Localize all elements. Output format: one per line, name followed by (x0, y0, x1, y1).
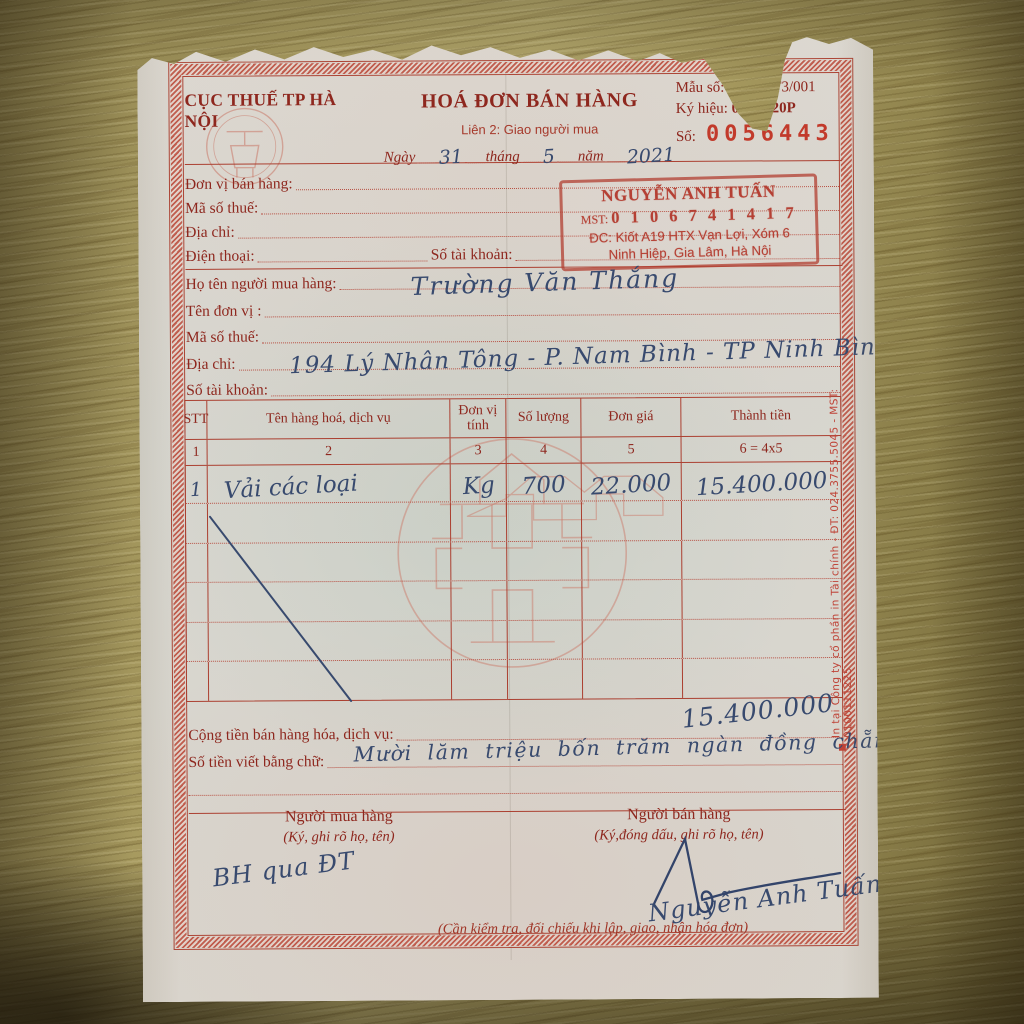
form-no-label: Mẫu số: (676, 80, 725, 96)
table-empty-row (186, 540, 841, 584)
item-unit: Kg (462, 472, 495, 500)
seller-signature-block: Người bán hàng (Ký,đóng dấu, ghi rõ họ, … (549, 805, 809, 845)
seller-tax-label: Mã số thuế: (185, 200, 258, 218)
number-label: Số: (676, 129, 696, 145)
colnum-1: 1 (186, 440, 208, 465)
item-total: 15.400.000 (695, 468, 828, 502)
buyer-unit-label: Tên đơn vị : (186, 302, 262, 320)
amount-words-label: Số tiền viết bằng chữ: (188, 753, 324, 772)
colnum-5: 5 (582, 437, 682, 463)
header-form-box: Mẫu số: 02GTTT3/001 Ký hiệu: 01BA/20P Số… (676, 71, 842, 161)
seller-unit-label: Đơn vị bán hàng: (185, 175, 293, 194)
col-header-stt: STT (185, 401, 207, 439)
table-empty-row (187, 619, 842, 663)
buyer-name-label: Họ tên người mua hàng: (186, 275, 337, 294)
tax-agency-name: CỤC THUẾ TP HÀ NỘI (184, 74, 353, 164)
invoice-paper: CỤC THUẾ TP HÀ NỘI HOÁ ĐƠN BÁN HÀNG Liên… (137, 32, 879, 1002)
seller-stamp: NGUYỄN ANH TUẤN MST: 0 1 0 6 7 4 1 4 1 7… (559, 173, 819, 271)
col-header-total: Thành tiền (681, 397, 840, 436)
buyer-account-label: Số tài khoản: (186, 381, 268, 399)
col-header-price: Đơn giá (581, 398, 681, 437)
item-price: 22.000 (590, 470, 672, 501)
item-qty: 700 (521, 472, 566, 501)
stamp-mst-label: MST: (581, 212, 609, 227)
printer-credit-text: In tại Công ty cổ phần in Tài chính - ĐT… (828, 362, 854, 738)
buyer-sign-subtitle: (Ký, ghi rõ họ, tên) (229, 828, 449, 846)
item-name: Vải các loại (223, 470, 358, 504)
verification-note: (Cần kiểm tra, đối chiếu khi lập, giao, … (339, 919, 846, 939)
form-no-value: 02GTTT3/001 (728, 79, 816, 96)
serial-label: Ký hiệu: (676, 101, 728, 117)
stamp-mst-value: 0 1 0 6 7 4 1 4 1 7 (611, 203, 798, 227)
table-row: 1 Vải các loại Kg 700 22.000 15.400.000 (186, 462, 841, 504)
buyer-address-label: Địa chỉ: (186, 355, 236, 373)
items-table: STT Tên hàng hoá, dịch vụ Đơn vị tính Số… (184, 396, 843, 702)
col-header-name: Tên hàng hoá, dịch vụ (207, 399, 450, 438)
seller-phone-label: Điện thoại: (185, 248, 254, 266)
table-colnum-row: 1 2 3 4 5 6 = 4x5 (186, 436, 841, 466)
table-header-row: STT Tên hàng hoá, dịch vụ Đơn vị tính Số… (185, 397, 840, 440)
colnum-4: 4 (507, 438, 582, 463)
table-empty-row (187, 658, 842, 701)
seller-address-label: Địa chỉ: (185, 224, 235, 242)
invoice-title: HOÁ ĐƠN BÁN HÀNG (383, 89, 675, 114)
item-stt: 1 (190, 479, 203, 502)
buyer-signature-block: Người mua hàng (Ký, ghi rõ họ, tên) (229, 807, 449, 846)
seller-sign-subtitle: (Ký,đóng dấu, ghi rõ họ, tên) (549, 826, 809, 845)
colnum-3: 3 (451, 438, 507, 463)
table-empty-row (186, 579, 841, 623)
table-empty-row (186, 500, 841, 544)
colnum-6: 6 = 4x5 (682, 436, 841, 462)
buyer-sign-title: Người mua hàng (229, 807, 449, 826)
col-header-unit: Đơn vị tính (450, 399, 506, 437)
invoice-copy-line: Liên 2: Giao người mua (384, 121, 676, 138)
invoice-header: CỤC THUẾ TP HÀ NỘI HOÁ ĐƠN BÁN HÀNG Liên… (184, 71, 842, 165)
col-header-qty: Số lượng (506, 399, 581, 437)
invoice-number: 0056443 (706, 121, 834, 147)
header-center: HOÁ ĐƠN BÁN HÀNG Liên 2: Giao người mua … (353, 72, 676, 163)
seller-account-label: Số tài khoản: (431, 246, 513, 264)
dot-leader (258, 260, 428, 262)
seller-sign-title: Người bán hàng (549, 805, 809, 825)
buyer-tax-label: Mã số thuế: (186, 329, 259, 347)
serial-value: 01BA/20P (732, 100, 796, 116)
colnum-2: 2 (208, 438, 451, 464)
